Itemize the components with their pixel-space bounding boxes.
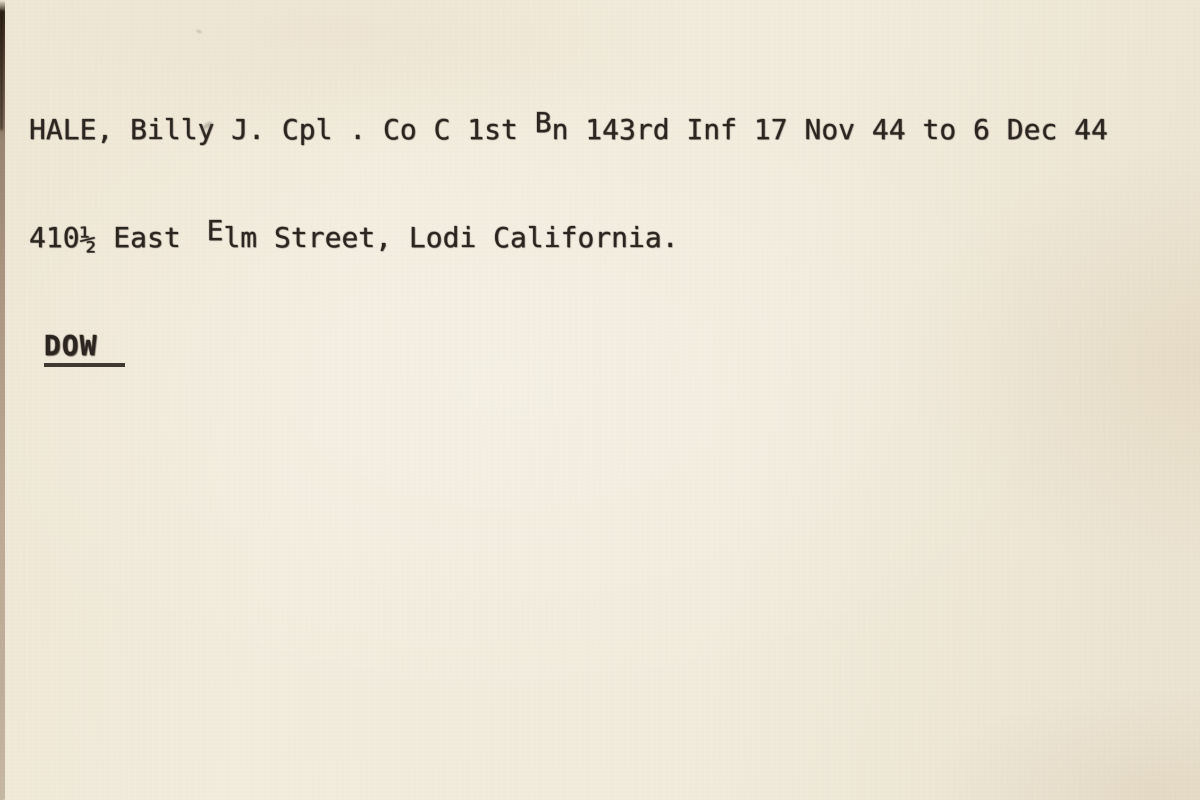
casualty-status-line: DOW: [44, 328, 1108, 364]
address-text-cont: lm Street, Lodi California.: [223, 221, 678, 254]
address-line: 410½ East Elm Street, Lodi California.: [29, 220, 1108, 256]
house-number: 410: [29, 221, 80, 254]
index-card: HALE, Billy J. Cpl . Co C 1st Bn 143rd I…: [0, 0, 1200, 800]
casualty-code: DOW: [44, 329, 125, 367]
scan-edge-shadow: [0, 0, 5, 800]
half-fraction: ½: [80, 223, 97, 256]
paper-speck: [196, 29, 203, 34]
raised-letter-b: B: [535, 106, 552, 139]
service-record-line: HALE, Billy J. Cpl . Co C 1st Bn 143rd I…: [29, 112, 1108, 148]
service-record-text-cont: n 143rd Inf 17 Nov 44 to 6 Dec 44: [552, 113, 1108, 146]
raised-letter-e: E: [207, 214, 224, 247]
typed-text-block: HALE, Billy J. Cpl . Co C 1st Bn 143rd I…: [29, 40, 1108, 436]
service-record-text: HALE, Billy J. Cpl . Co C 1st: [29, 113, 535, 146]
address-text: East: [96, 221, 197, 254]
